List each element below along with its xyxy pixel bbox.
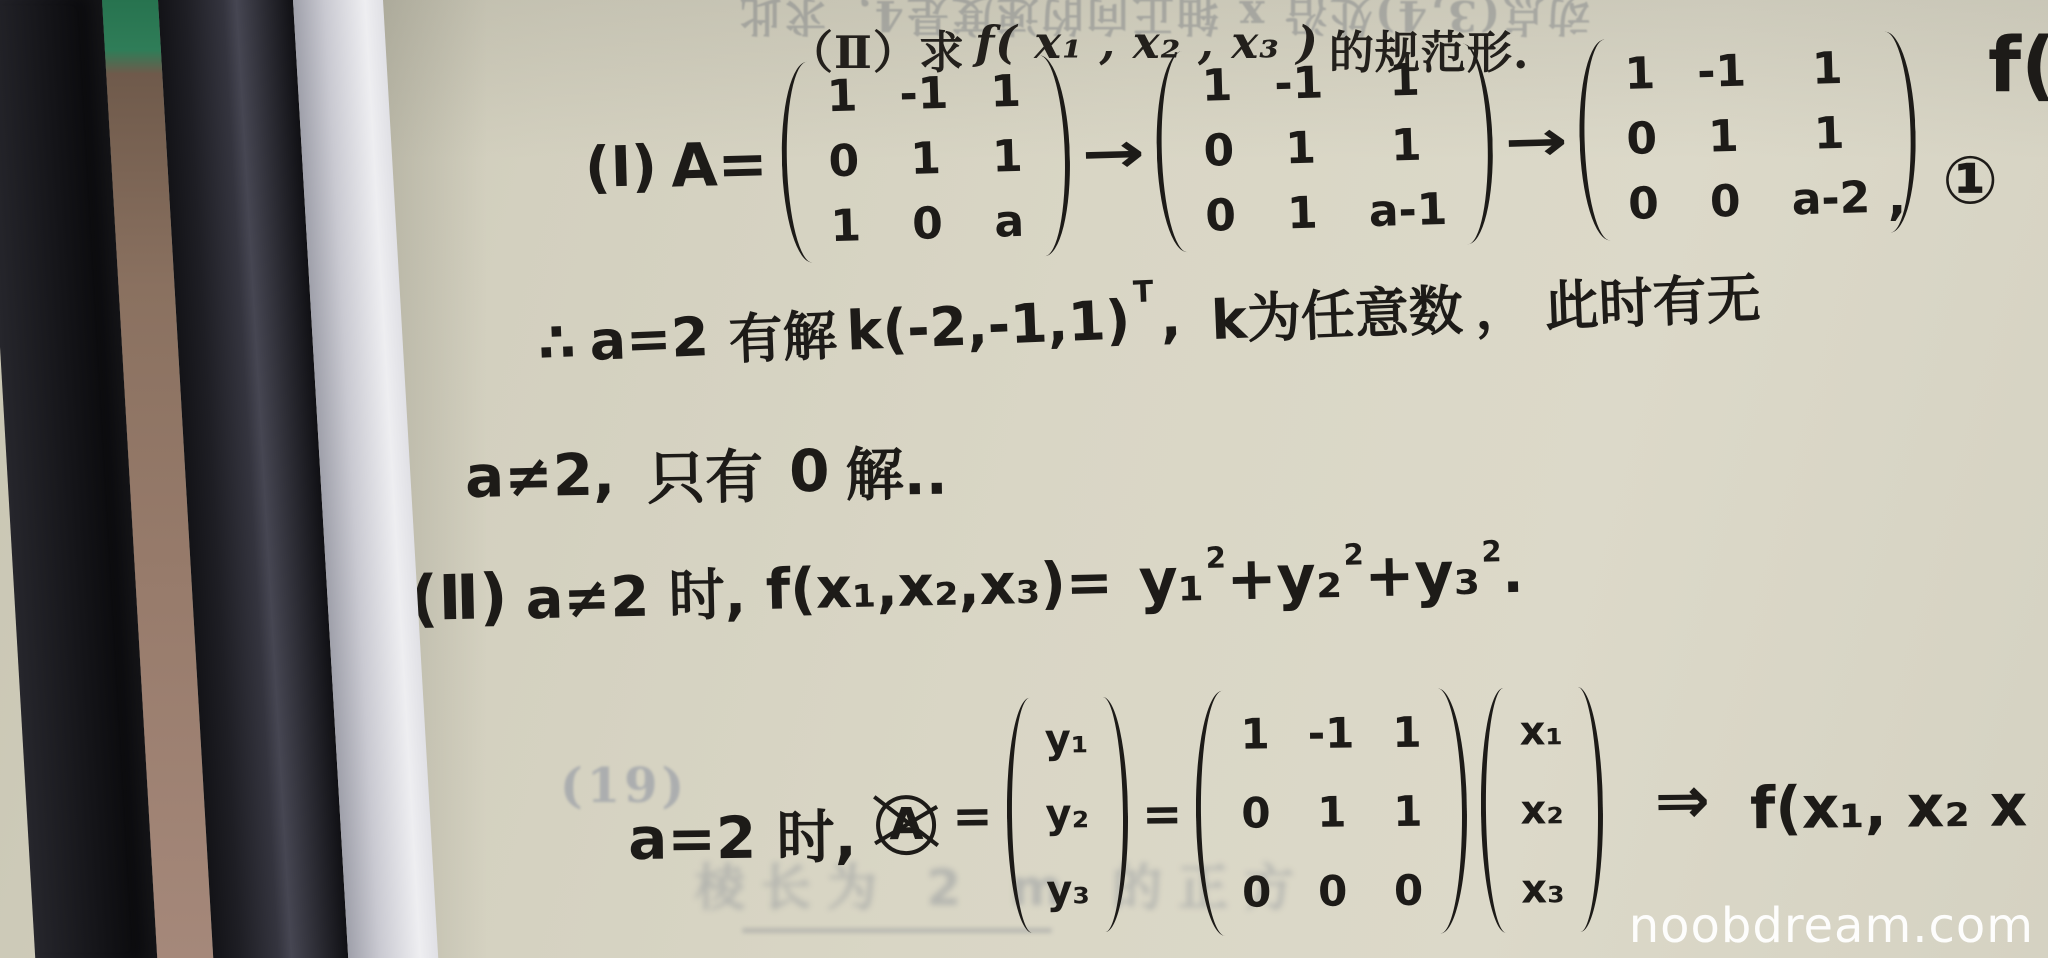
matrix-cell: 0 xyxy=(1242,867,1272,916)
right-paren xyxy=(1038,55,1073,257)
square-exponent: 2 xyxy=(1481,534,1502,568)
matrix-cell: 1 xyxy=(1392,708,1422,757)
comma: , xyxy=(1888,170,1906,226)
matrix-cell: 1 xyxy=(826,70,858,122)
matrix-cell: 0 xyxy=(1205,190,1237,242)
matrix-cell: -1 xyxy=(1696,46,1746,98)
matrix-cell: 1 xyxy=(830,200,862,252)
vector-cell: x₂ xyxy=(1520,787,1564,833)
matrix-cell: 1 xyxy=(1286,188,1318,240)
right-paren xyxy=(1576,687,1604,932)
cutoff-tail-text: 此时有无 xyxy=(1543,256,1762,342)
matrix-step3: 1 -1 1 0 1 1 0 0 a-2 xyxy=(1577,31,1919,241)
equals-sign: = xyxy=(952,788,993,844)
right-paren xyxy=(1461,43,1496,245)
matrix-cell: 1 xyxy=(1240,709,1270,758)
matrix-cell: 1 xyxy=(1811,43,1843,95)
matrix-cell: 1 xyxy=(991,131,1023,183)
period: . xyxy=(1501,540,1524,605)
implies-arrow: ⇒ xyxy=(1654,762,1710,840)
matrix-cell: 1 xyxy=(1388,55,1420,107)
right-paren xyxy=(1102,697,1129,932)
matrix-cell: a-1 xyxy=(1368,184,1448,237)
vector-cell: x₃ xyxy=(1521,866,1565,912)
matrix-cell: 0 xyxy=(1709,176,1741,228)
row-reduction-arrow: → xyxy=(1503,109,1568,176)
square-exponent: 2 xyxy=(1343,538,1364,572)
matrix-cell: 0 xyxy=(1318,866,1348,915)
matrix-cell: 1 xyxy=(1285,123,1317,175)
cutoff-f-expression: f(x₁, x₂ x xyxy=(1750,771,2028,842)
right-paren xyxy=(1437,688,1469,933)
matrix-cell: a-2 xyxy=(1791,172,1871,225)
scribbled-out-symbol: A xyxy=(874,792,939,857)
matrix-cell: 0 xyxy=(1394,866,1424,915)
matrix-cell: 1 xyxy=(1201,60,1233,112)
matrix-cell: -1 xyxy=(899,68,949,120)
condition-a-ne-2: a≠2 时, xyxy=(525,550,747,635)
transform-matrix: 1 -1 1 0 1 1 0 0 0 xyxy=(1195,688,1469,936)
equation-tag-group: , ① xyxy=(1888,142,1998,219)
scribbled-letter: A xyxy=(889,799,924,850)
left-paren xyxy=(1480,688,1508,933)
matrix-cell: 0 xyxy=(911,198,943,250)
matrix-cell: 0 xyxy=(1626,113,1658,165)
matrix-A-lhs: A= xyxy=(670,128,769,201)
matrix-cell: -1 xyxy=(1307,708,1354,757)
circled-one-label: ① xyxy=(1942,142,1998,219)
left-paren xyxy=(1154,51,1189,253)
photo-of-handwritten-math-notes: 动点(3,4)处沿 x 轴正向的速度是4，求此 (19) 棱长为 2 m 的正方… xyxy=(0,0,2048,958)
condition-a-eq-2: a=2 时, xyxy=(628,789,857,875)
matrix-cell: -1 xyxy=(1274,57,1324,109)
watermark-text: noobdream.com xyxy=(1629,898,2034,954)
handwritten-row-reduction-line: (I) A= 1 -1 1 0 1 1 1 0 a → 1 -1 1 xyxy=(582,31,1918,269)
matrix-A: 1 -1 1 0 1 1 1 0 a xyxy=(779,55,1073,264)
matrix-cell: 1 xyxy=(990,66,1022,118)
matrix-cell: 1 xyxy=(1390,120,1422,172)
left-paren xyxy=(779,62,814,264)
matrix-cell: 1 xyxy=(1393,787,1423,836)
matrix-cell: 1 xyxy=(1813,108,1845,160)
vector-cell: y₃ xyxy=(1046,867,1090,913)
matrix-cell: 1 xyxy=(1707,111,1739,163)
left-paren xyxy=(1005,698,1032,933)
therefore-symbol: ∴ xyxy=(537,311,577,375)
matrix-step2: 1 -1 1 0 1 1 0 1 a-1 xyxy=(1154,43,1496,253)
a-equals-2: a=2 xyxy=(588,305,710,373)
vector-cell: x₁ xyxy=(1519,708,1563,754)
matrix-cell: 1 xyxy=(1317,787,1347,836)
square-exponent: 2 xyxy=(1205,541,1226,575)
equals-sign: = xyxy=(1142,786,1183,842)
left-foreground-objects xyxy=(0,0,515,958)
matrix-cell: 1 xyxy=(1624,48,1656,100)
comma: , xyxy=(1159,286,1182,350)
has-solution-text: 有解 xyxy=(727,293,838,374)
matrix-cell: 0 xyxy=(1241,788,1271,837)
y3-term: +y₃ xyxy=(1363,539,1480,612)
quadratic-form-lhs: f(x₁,x₂,x₃)= xyxy=(765,550,1113,623)
y1-term: y₁ xyxy=(1138,545,1205,616)
matrix-cell: 1 xyxy=(910,133,942,185)
handwritten-zero-solution-line: a≠2, 只有 0 解.. xyxy=(464,427,948,519)
transpose-superscript: T xyxy=(1132,275,1154,311)
row-reduction-arrow: → xyxy=(1081,120,1146,187)
comma: ， xyxy=(1473,265,1530,344)
x-column-vector: x₁ x₂ x₃ xyxy=(1480,687,1604,933)
solution-vector: k(-2,-1,1) xyxy=(845,288,1131,362)
solution-char: 解.. xyxy=(845,427,949,513)
zero: 0 xyxy=(789,437,831,506)
left-paren xyxy=(1577,39,1612,241)
cutoff-f-fragment: f( xyxy=(1988,20,2048,109)
only-text: 只有 xyxy=(646,430,763,516)
part1-label: (I) xyxy=(584,134,658,201)
matrix-cell: 0 xyxy=(828,135,860,187)
y-column-vector: y₁ y₂ y₃ xyxy=(1005,697,1129,933)
matrix-cell: a xyxy=(994,196,1025,248)
k-arbitrary-text: k为任意数 xyxy=(1209,268,1464,355)
vector-cell: y₂ xyxy=(1045,792,1089,838)
vector-cell: y₁ xyxy=(1044,716,1088,762)
y2-term: +y₂ xyxy=(1226,542,1343,615)
scribble-stroke xyxy=(874,805,938,845)
left-paren xyxy=(1195,691,1227,936)
matrix-cell: 0 xyxy=(1628,178,1660,230)
matrix-cell: 0 xyxy=(1203,125,1235,177)
